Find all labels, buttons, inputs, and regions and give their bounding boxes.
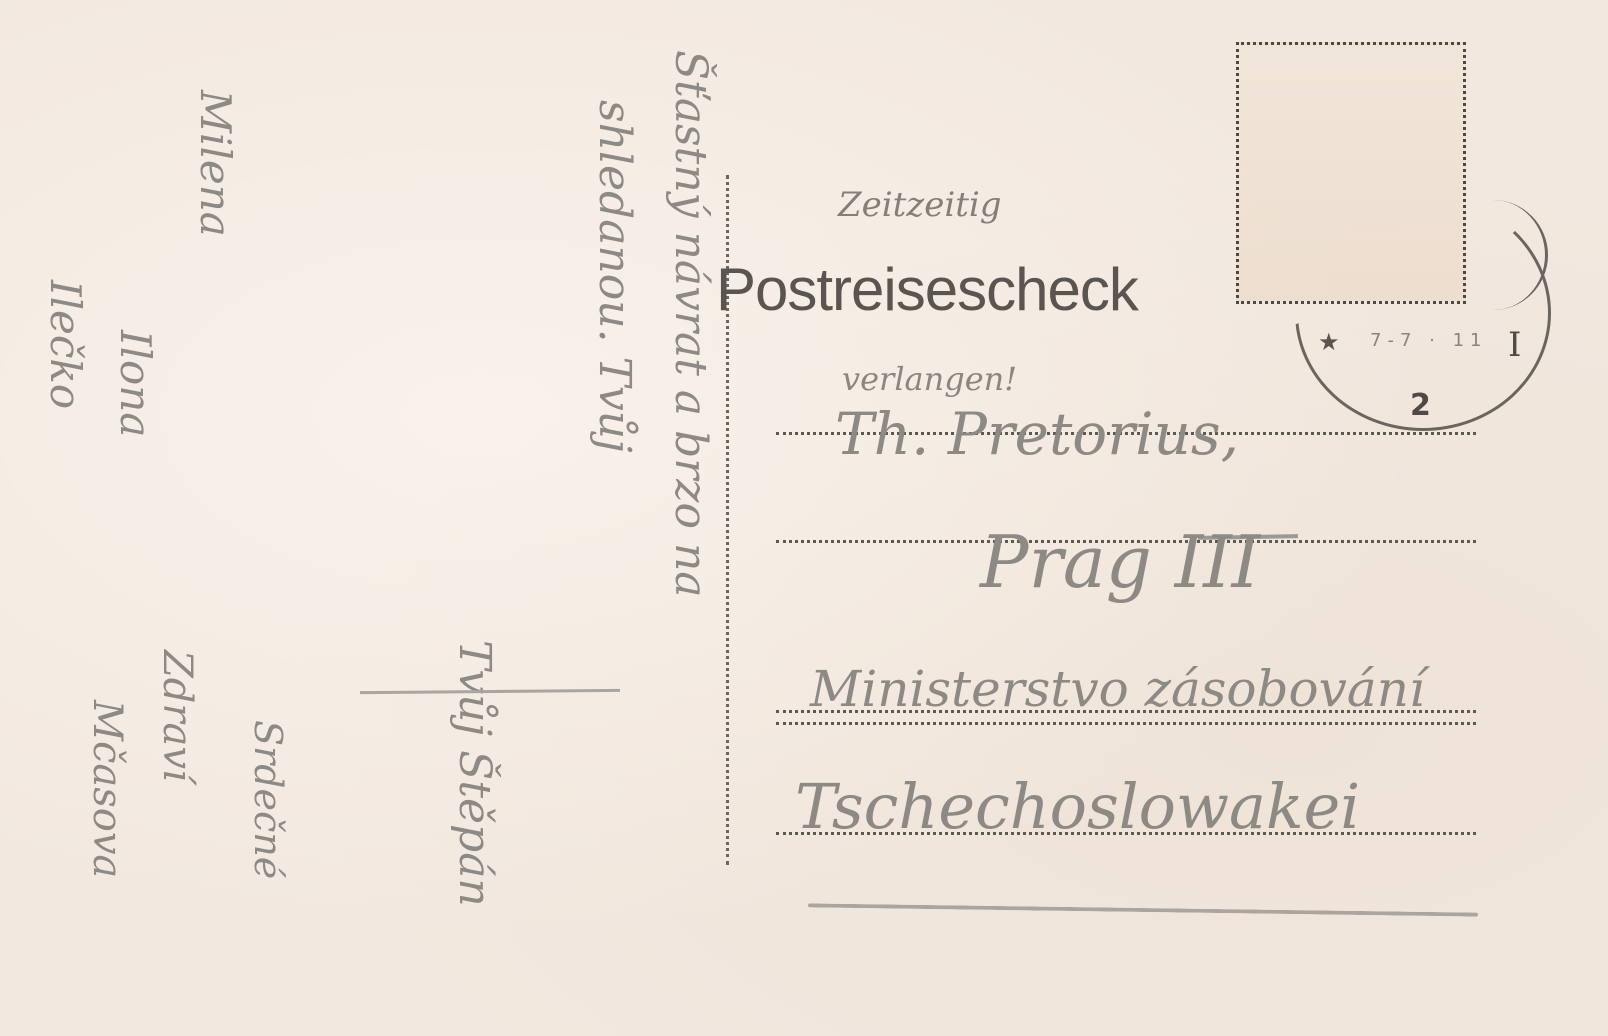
slogan-cancel-line1: Zeitzeitig bbox=[838, 185, 1002, 225]
greeting-1: Srdečné bbox=[246, 720, 290, 879]
postmark-roman-numeral: I bbox=[1508, 325, 1521, 365]
signature-3: Ilečko bbox=[41, 280, 90, 409]
pencil-underline bbox=[808, 903, 1478, 916]
postmark-number: 2 bbox=[1410, 388, 1431, 423]
message-line-2: shledanou. Tvůj bbox=[589, 100, 640, 453]
slogan-cancel-line3: verlangen! bbox=[842, 360, 1017, 398]
message-line-1: Šťastný návrat a brzo na bbox=[665, 50, 716, 598]
star-icon: ★ bbox=[1318, 328, 1340, 356]
address-institution: Ministerstvo zásobování bbox=[810, 660, 1425, 718]
postmark-date: 7-7 · 11 bbox=[1370, 330, 1487, 351]
address-city: Prag III bbox=[980, 520, 1260, 604]
address-line bbox=[776, 722, 1476, 725]
signature-1: Milena bbox=[191, 90, 240, 237]
address-recipient: Th. Pretorius, bbox=[835, 400, 1239, 468]
message-line-3: Tvůj Štěpán bbox=[449, 640, 500, 907]
slogan-cancel-main: Postreisescheck bbox=[716, 255, 1138, 324]
postcard-back: ★ 7-7 · 11 2 I Zeitzeitig Postreiseschec… bbox=[0, 0, 1608, 1036]
signature-2: Ilona bbox=[111, 330, 160, 437]
address-country: Tschechoslowakei bbox=[795, 770, 1360, 843]
greeting-3: Mčasova bbox=[84, 700, 130, 878]
greeting-2: Zdraví bbox=[154, 650, 200, 782]
